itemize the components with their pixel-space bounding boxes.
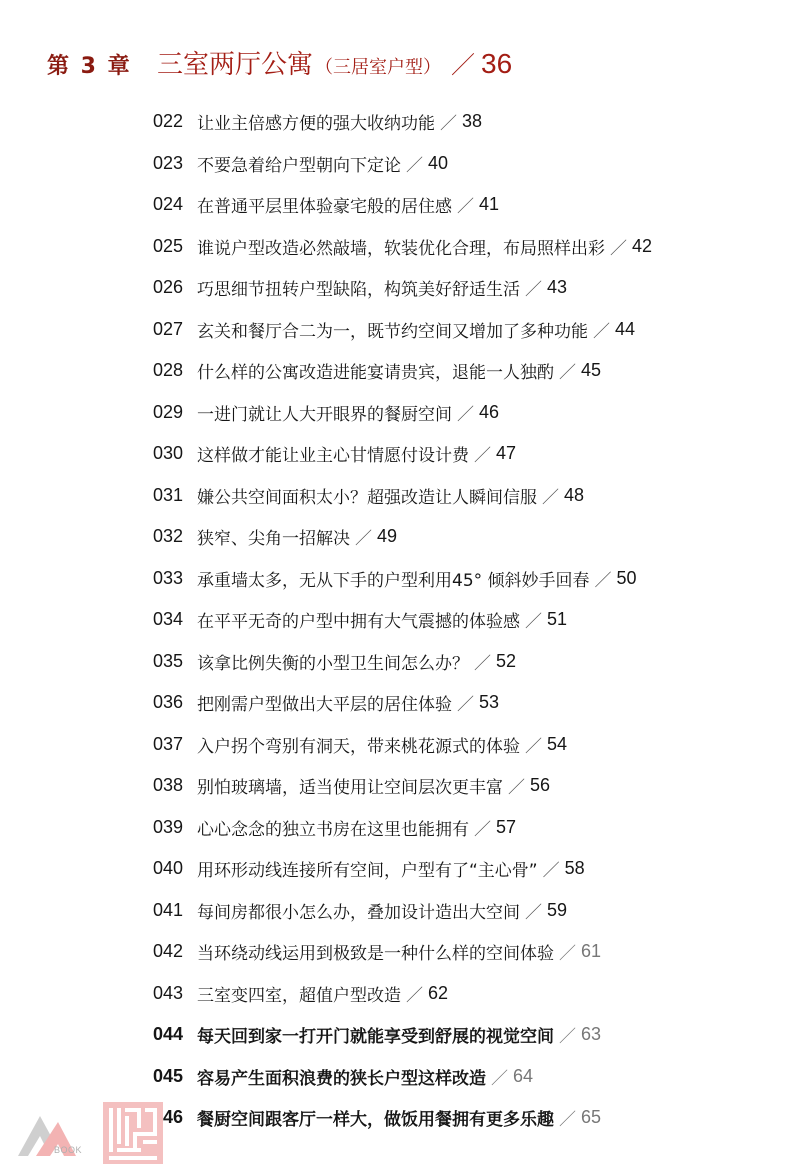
- toc-entry-page: 65: [581, 1107, 601, 1128]
- toc-entry-page: 51: [547, 609, 567, 630]
- toc-entry-number: 034: [153, 609, 197, 630]
- toc-separator: ／: [457, 192, 474, 217]
- toc-entry-page: 38: [462, 111, 482, 132]
- toc-entry-number: 036: [153, 692, 197, 713]
- toc-separator: ／: [559, 939, 576, 964]
- toc-entry-title: 别怕玻璃墙，适当使用让空间层次更丰富: [197, 773, 503, 798]
- toc-entry-title: 巧思细节扭转户型缺陷，构筑美好舒适生活: [197, 275, 520, 300]
- toc-entry-title: 玄关和餐厅合二为一，既节约空间又增加了多种功能: [197, 317, 588, 342]
- toc-separator: ／: [355, 524, 372, 549]
- toc-entry[interactable]: 036把刚需户型做出大平层的居住体验／53: [153, 682, 652, 724]
- toc-separator: ／: [610, 234, 627, 259]
- toc-separator: ／: [491, 1064, 508, 1089]
- toc-entry-number: 045: [153, 1066, 197, 1087]
- toc-separator: ／: [595, 566, 612, 591]
- toc-entry-title: 嫌公共空间面积太小？超强改造让人瞬间信服: [197, 483, 537, 508]
- toc-entry[interactable]: 028什么样的公寓改造进能宴请贵宾，退能一人独酌／45: [153, 350, 652, 392]
- toc-separator: ／: [457, 690, 474, 715]
- toc-entry[interactable]: 040用环形动线连接所有空间，户型有了“主心骨”／58: [153, 848, 652, 890]
- toc-separator: ／: [474, 441, 491, 466]
- toc-entry-number: 033: [153, 568, 197, 589]
- toc-separator: ／: [559, 358, 576, 383]
- publisher-logo-text: BOOK: [54, 1145, 82, 1155]
- toc-entry-number: 038: [153, 775, 197, 796]
- chapter-label: 第 3 章: [47, 49, 157, 80]
- toc-entry[interactable]: 037入户拐个弯别有洞天，带来桃花源式的体验／54: [153, 724, 652, 766]
- toc-separator: ／: [525, 275, 542, 300]
- toc-entry-title: 不要急着给户型朝向下定论: [197, 151, 401, 176]
- chapter-subtitle: （三居室户型）: [315, 53, 441, 79]
- toc-entry-number: 044: [153, 1024, 197, 1045]
- toc-entry-number: 026: [153, 277, 197, 298]
- toc-separator: ／: [474, 815, 491, 840]
- toc-entry[interactable]: 039心心念念的独立书房在这里也能拥有／57: [153, 807, 652, 849]
- toc-entry-title: 狭窄、尖角一招解决: [197, 524, 350, 549]
- chapter-header: 第 3 章 三室两厅公寓 （三居室户型） ／ 36: [47, 44, 512, 84]
- toc-separator: ／: [525, 898, 542, 923]
- toc-entry[interactable]: 038别怕玻璃墙，适当使用让空间层次更丰富／56: [153, 765, 652, 807]
- toc-entry[interactable]: 024在普通平层里体验豪宅般的居住感／41: [153, 184, 652, 226]
- toc-entry-number: 024: [153, 194, 197, 215]
- toc-separator: ／: [525, 732, 542, 757]
- toc-entry-page: 43: [547, 277, 567, 298]
- toc-entry-page: 42: [632, 236, 652, 257]
- toc-entry-page: 44: [615, 319, 635, 340]
- toc-separator: ／: [542, 483, 559, 508]
- toc-entry-page: 46: [479, 402, 499, 423]
- toc-entry-number: 032: [153, 526, 197, 547]
- toc-entry-number: 023: [153, 153, 197, 174]
- toc-entry-number: 027: [153, 319, 197, 340]
- toc-entry-title: 每间房都很小怎么办，叠加设计造出大空间: [197, 898, 520, 923]
- toc-list: 022让业主倍感方便的强大收纳功能／38 023不要急着给户型朝向下定论／40 …: [153, 101, 652, 1139]
- toc-entry[interactable]: 042当环绕动线运用到极致是一种什么样的空间体验／61: [153, 931, 652, 973]
- toc-entry[interactable]: 030这样做才能让业主心甘情愿付设计费／47: [153, 433, 652, 475]
- toc-entry-page: 52: [496, 651, 516, 672]
- toc-entry-number: 025: [153, 236, 197, 257]
- toc-entry-page: 58: [565, 858, 585, 879]
- toc-entry-number: 028: [153, 360, 197, 381]
- toc-entry-page: 57: [496, 817, 516, 838]
- toc-entry-page: 41: [479, 194, 499, 215]
- toc-entry-number: 042: [153, 941, 197, 962]
- chapter-page-number: 36: [481, 48, 512, 80]
- toc-entry-page: 50: [617, 568, 637, 589]
- toc-entry-page: 59: [547, 900, 567, 921]
- toc-entry-number: 029: [153, 402, 197, 423]
- toc-entry-page: 53: [479, 692, 499, 713]
- toc-entry[interactable]: 032狭窄、尖角一招解决／49: [153, 516, 652, 558]
- toc-entry[interactable]: 041每间房都很小怎么办，叠加设计造出大空间／59: [153, 890, 652, 932]
- toc-separator: ／: [508, 773, 525, 798]
- toc-entry-number: 037: [153, 734, 197, 755]
- toc-entry-page: 64: [513, 1066, 533, 1087]
- chapter-separator: ／: [451, 45, 475, 80]
- toc-separator: ／: [474, 649, 491, 674]
- toc-entry-number: 030: [153, 443, 197, 464]
- toc-entry[interactable]: 023不要急着给户型朝向下定论／40: [153, 143, 652, 185]
- toc-entry[interactable]: 034在平平无奇的户型中拥有大气震撼的体验感／51: [153, 599, 652, 641]
- toc-entry-title: 谁说户型改造必然敲墙，软装优化合理，布局照样出彩: [197, 234, 605, 259]
- toc-entry-page: 61: [581, 941, 601, 962]
- toc-entry-title: 三室变四室，超值户型改造: [197, 981, 401, 1006]
- toc-entry[interactable]: 033承重墙太多，无从下手的户型利用45° 倾斜妙手回春／50: [153, 558, 652, 600]
- toc-entry-title: 什么样的公寓改造进能宴请贵宾，退能一人独酌: [197, 358, 554, 383]
- toc-separator: ／: [593, 317, 610, 342]
- toc-entry-number: 035: [153, 651, 197, 672]
- toc-entry[interactable]: 026巧思细节扭转户型缺陷，构筑美好舒适生活／43: [153, 267, 652, 309]
- toc-entry-title: 每天回到家一打开门就能享受到舒展的视觉空间: [197, 1022, 554, 1047]
- toc-entry-page: 45: [581, 360, 601, 381]
- toc-entry[interactable]: 025谁说户型改造必然敲墙，软装优化合理，布局照样出彩／42: [153, 226, 652, 268]
- toc-entry-page: 54: [547, 734, 567, 755]
- toc-separator: ／: [406, 151, 423, 176]
- toc-entry-title: 把刚需户型做出大平层的居住体验: [197, 690, 452, 715]
- toc-entry-page: 63: [581, 1024, 601, 1045]
- toc-separator: ／: [543, 856, 560, 881]
- toc-separator: ／: [406, 981, 423, 1006]
- toc-entry-number: 022: [153, 111, 197, 132]
- toc-entry-page: 56: [530, 775, 550, 796]
- toc-entry-title: 入户拐个弯别有洞天，带来桃花源式的体验: [197, 732, 520, 757]
- toc-entry-title: 在平平无奇的户型中拥有大气震撼的体验感: [197, 607, 520, 632]
- seal-stamp-icon: [103, 1102, 163, 1164]
- toc-entry-number: 040: [153, 858, 197, 879]
- toc-entry-page: 48: [564, 485, 584, 506]
- toc-entry-number: 039: [153, 817, 197, 838]
- toc-entry-title: 让业主倍感方便的强大收纳功能: [197, 109, 435, 134]
- toc-entry[interactable]: 022让业主倍感方便的强大收纳功能／38: [153, 101, 652, 143]
- toc-entry-title: 该拿比例失衡的小型卫生间怎么办？: [197, 649, 469, 674]
- toc-entry-page: 49: [377, 526, 397, 547]
- toc-entry-number: 031: [153, 485, 197, 506]
- toc-separator: ／: [440, 109, 457, 134]
- toc-entry-title: 一进门就让人大开眼界的餐厨空间: [197, 400, 452, 425]
- toc-entry[interactable]: 029一进门就让人大开眼界的餐厨空间／46: [153, 392, 652, 434]
- toc-entry-title: 这样做才能让业主心甘情愿付设计费: [197, 441, 469, 466]
- toc-entry[interactable]: 046餐厨空间跟客厅一样大，做饭用餐拥有更多乐趣／65: [153, 1097, 652, 1139]
- toc-entry[interactable]: 044每天回到家一打开门就能享受到舒展的视觉空间／63: [153, 1014, 652, 1056]
- chapter-title: 三室两厅公寓: [157, 44, 313, 81]
- toc-separator: ／: [525, 607, 542, 632]
- toc-entry-title: 当环绕动线运用到极致是一种什么样的空间体验: [197, 939, 554, 964]
- toc-entry-number: 043: [153, 983, 197, 1004]
- toc-entry[interactable]: 043三室变四室，超值户型改造／62: [153, 973, 652, 1015]
- toc-entry-title: 餐厨空间跟客厅一样大，做饭用餐拥有更多乐趣: [197, 1105, 554, 1130]
- toc-entry-title: 用环形动线连接所有空间，户型有了“主心骨”: [197, 856, 538, 881]
- toc-entry[interactable]: 035该拿比例失衡的小型卫生间怎么办？／52: [153, 641, 652, 683]
- toc-separator: ／: [559, 1105, 576, 1130]
- toc-entry-page: 62: [428, 983, 448, 1004]
- toc-entry[interactable]: 031嫌公共空间面积太小？超强改造让人瞬间信服／48: [153, 475, 652, 517]
- toc-entry-number: 041: [153, 900, 197, 921]
- toc-entry-title: 容易产生面积浪费的狭长户型这样改造: [197, 1064, 486, 1089]
- toc-entry[interactable]: 027玄关和餐厅合二为一，既节约空间又增加了多种功能／44: [153, 309, 652, 351]
- toc-entry[interactable]: 045容易产生面积浪费的狭长户型这样改造／64: [153, 1056, 652, 1098]
- toc-entry-page: 47: [496, 443, 516, 464]
- toc-separator: ／: [457, 400, 474, 425]
- toc-entry-title: 承重墙太多，无从下手的户型利用45° 倾斜妙手回春: [197, 566, 590, 591]
- toc-entry-title: 心心念念的独立书房在这里也能拥有: [197, 815, 469, 840]
- toc-separator: ／: [559, 1022, 576, 1047]
- toc-entry-title: 在普通平层里体验豪宅般的居住感: [197, 192, 452, 217]
- toc-entry-page: 40: [428, 153, 448, 174]
